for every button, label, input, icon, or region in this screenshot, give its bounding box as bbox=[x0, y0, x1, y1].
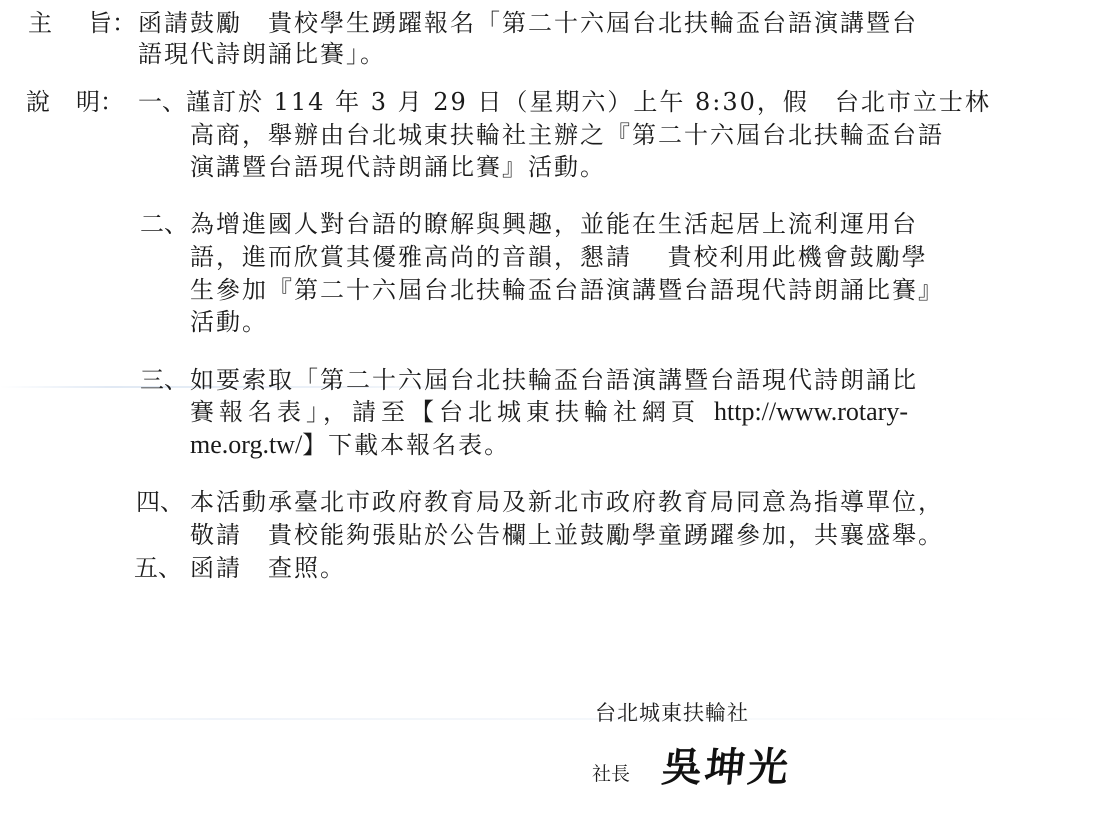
item-line: 演講暨台語現代詩朗誦比賽』活動。 bbox=[190, 153, 606, 181]
item-line: 如要索取「第二十六屆台北扶輪盃台語演講暨台語現代詩朗誦比 bbox=[190, 366, 918, 394]
item-line-text: 賽報名表」，請至【台北城東扶輪社網頁 bbox=[190, 398, 700, 426]
item-line: me.org.tw/】下載本報名表。 bbox=[190, 431, 510, 459]
subject-label-char-1: 主 bbox=[28, 9, 52, 37]
subject-line: 語現代詩朗誦比賽」。 bbox=[138, 40, 386, 68]
signature-organization: 台北城東扶輪社 bbox=[595, 700, 749, 726]
item-number: 四、 bbox=[136, 488, 184, 516]
explanation-label-char-2: 明： bbox=[76, 88, 124, 116]
item-line: 高商，舉辦由台北城東扶輪社主辦之『第二十六屆台北扶輪盃台語 bbox=[190, 121, 944, 149]
item-line-text: 】下載本報名表。 bbox=[302, 431, 510, 459]
item-number: 一、 bbox=[138, 88, 186, 116]
item-line: 語，進而欣賞其優雅高尚的音韻，懇請 貴校利用此機會鼓勵學 bbox=[190, 243, 928, 271]
item-line: 敬請 貴校能夠張貼於公告欄上並鼓勵學童踴躍參加，共襄盛舉。 bbox=[190, 521, 944, 549]
signature-name: 吳坤光 bbox=[660, 745, 794, 791]
scan-artifact-line bbox=[0, 718, 1099, 720]
website-url-part-2[interactable]: me.org.tw/ bbox=[190, 430, 302, 459]
website-url-part-1[interactable]: http://www.rotary- bbox=[714, 397, 908, 426]
item-number: 三、 bbox=[140, 366, 188, 394]
item-line: 賽報名表」，請至【台北城東扶輪社網頁http://www.rotary- bbox=[190, 398, 908, 426]
item-line: 本活動承臺北市政府教育局及新北市政府教育局同意為指導單位， bbox=[190, 488, 944, 516]
explanation-label-char-1: 說 bbox=[26, 88, 50, 116]
item-line: 活動。 bbox=[190, 308, 268, 336]
subject-line: 函請鼓勵 貴校學生踴躍報名「第二十六屆台北扶輪盃台語演講暨台 bbox=[138, 9, 918, 37]
item-number: 五、 bbox=[134, 554, 182, 582]
signature-title: 社長 bbox=[592, 762, 630, 786]
subject-label-char-2: 旨： bbox=[88, 9, 136, 37]
item-line: 生參加『第二十六屆台北扶輪盃台語演講暨台語現代詩朗誦比賽』 bbox=[190, 276, 944, 304]
item-number: 二、 bbox=[140, 210, 188, 238]
item-line: 為增進國人對台語的瞭解與興趣，並能在生活起居上流利運用台 bbox=[190, 210, 918, 238]
item-line: 函請 查照。 bbox=[190, 554, 346, 582]
item-line: 謹訂於 114 年 3 月 29 日（星期六）上午 8:30，假 台北市立士林 bbox=[186, 88, 991, 116]
